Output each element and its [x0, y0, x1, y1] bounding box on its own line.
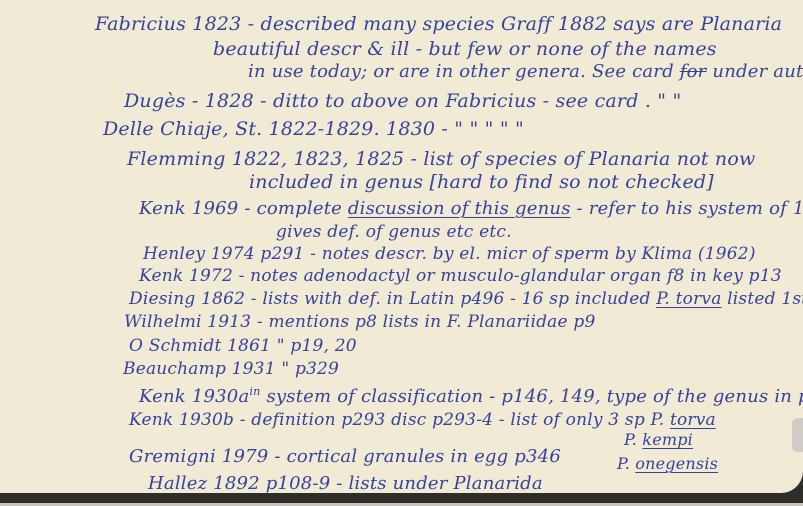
handwriting-segment: Dugès - 1828 - ditto to above on Fabrici…: [124, 90, 681, 112]
handwriting-segment: in: [249, 385, 260, 398]
handwritten-line: in use today; or are in other genera. Se…: [248, 62, 803, 82]
handwritten-line: Fabricius 1823 - described many species …: [95, 14, 782, 35]
handwritten-line: Kenk 1930b - definition p293 disc p293-4…: [129, 411, 716, 430]
handwriting-segment: torva: [670, 410, 716, 430]
handwriting-segment: Wilhelmi 1913 - mentions p8 lists in F. …: [124, 312, 595, 332]
handwritten-line: Kenk 1930ain system of classification - …: [139, 386, 803, 407]
handwritten-line: P. onegensis: [617, 455, 718, 473]
handwriting-segment: kempi: [642, 430, 693, 449]
handwriting-segment: Flemming 1822, 1823, 1825 - list of spec…: [127, 148, 755, 170]
handwriting-segment: Kenk 1930a: [139, 386, 249, 407]
handwritten-line: Dugès - 1828 - ditto to above on Fabrici…: [124, 91, 681, 112]
handwritten-line: Beauchamp 1931 " p329: [123, 360, 339, 379]
handwriting-segment: discussion of this genus: [348, 198, 571, 219]
handwriting-segment: onegensis: [635, 454, 718, 473]
handwriting-segment: Hallez 1892 p108-9 - lists under Planari…: [148, 473, 543, 494]
handwritten-line: Kenk 1969 - complete discussion of this …: [139, 199, 803, 219]
handwriting-segment: listed 1st: [722, 289, 803, 309]
scan-edge-notch: [792, 418, 803, 452]
handwriting-segment: in use today; or are in other genera. Se…: [248, 61, 680, 82]
handwritten-line: Kenk 1972 - notes adenodactyl or musculo…: [139, 267, 782, 286]
handwriting-segment: gives def. of genus etc etc.: [276, 222, 512, 242]
handwriting-segment: - refer to his system of 1930: [571, 198, 803, 219]
handwritten-line: Wilhelmi 1913 - mentions p8 lists in F. …: [124, 313, 595, 332]
handwriting-segment: Beauchamp 1931 " p329: [123, 359, 339, 379]
handwriting-segment: Delle Chiaje, St. 1822-1829. 1830 - " " …: [103, 118, 524, 140]
handwritten-line: beautiful descr & ill - but few or none …: [213, 39, 717, 60]
handwritten-line: O Schmidt 1861 " p19, 20: [129, 337, 357, 356]
handwriting-segment: beautiful descr & ill - but few or none …: [213, 38, 717, 60]
handwritten-line: Gremigni 1979 - cortical granules in egg…: [129, 447, 561, 467]
handwritten-line: Delle Chiaje, St. 1822-1829. 1830 - " " …: [103, 119, 524, 140]
handwritten-line: Henley 1974 p291 - notes descr. by el. m…: [143, 245, 756, 264]
handwritten-line: Hallez 1892 p108-9 - lists under Planari…: [148, 474, 543, 494]
handwriting-segment: Gremigni 1979 - cortical granules in egg…: [129, 446, 561, 467]
handwriting-segment: for: [680, 61, 707, 82]
handwritten-line: P. kempi: [624, 431, 693, 449]
handwriting-segment: Kenk 1930b - definition p293 disc p293-4…: [129, 410, 651, 430]
handwriting-segment: under author: [706, 61, 803, 82]
handwriting-segment: Fabricius 1823 - described many species …: [95, 13, 782, 35]
handwriting-segment: Henley 1974 p291 - notes descr. by el. m…: [143, 244, 756, 264]
handwriting-segment: system of classification - p146, 149, ty…: [261, 386, 803, 407]
handwriting-segment: Kenk 1972 - notes adenodactyl or musculo…: [139, 266, 782, 286]
handwriting-segment: P.: [624, 430, 642, 449]
handwriting-segment: Kenk 1969 - complete: [139, 198, 348, 219]
handwritten-line: gives def. of genus etc etc.: [276, 223, 512, 242]
handwritten-line: Diesing 1862 - lists with def. in Latin …: [129, 290, 803, 309]
handwritten-line: Flemming 1822, 1823, 1825 - list of spec…: [127, 149, 755, 170]
handwriting-segment: P.: [617, 454, 635, 473]
handwritten-line: included in genus [hard to find so not c…: [249, 172, 714, 193]
index-card: Fabricius 1823 - described many species …: [0, 0, 803, 506]
handwriting-segment: P.: [651, 410, 670, 430]
handwriting-segment: included in genus [hard to find so not c…: [249, 171, 714, 193]
handwriting-segment: O Schmidt 1861 " p19, 20: [129, 336, 357, 356]
handwriting-segment: P. torva: [656, 289, 721, 309]
scan-edge-dark-band: [0, 493, 803, 503]
handwriting-segment: Diesing 1862 - lists with def. in Latin …: [129, 289, 656, 309]
